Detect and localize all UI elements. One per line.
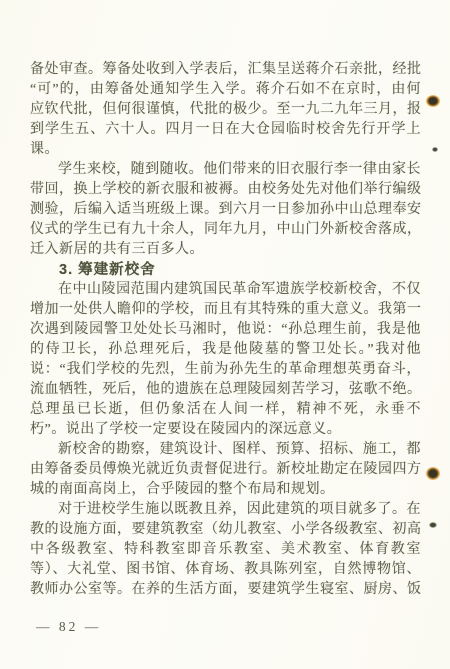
- paragraph: 对于进校学生施以既教且养，因此建筑的项目就多了。在教的设施方面，要建筑教室（幼儿…: [30, 500, 421, 600]
- document-body: 备处审查。筹备处收到入学表后，汇集呈送蒋介石亲批，经批“可”的，由筹备处通知学生…: [30, 60, 421, 600]
- text-line: 次遇到陵园警卫处处长马湘时，他说：“孙总理生前，我是他: [30, 320, 421, 340]
- text-line: 迁入新居的共有三百多人。: [30, 240, 421, 260]
- text-line: 备处审查。筹备处收到入学表后，汇集呈送蒋介石亲批，经批: [30, 60, 421, 80]
- text-line: 中各级教室、特科教室即音乐教室、美术教室、体育教室: [30, 540, 421, 560]
- text-line: 朽”。说出了学校一定要设在陵园内的深远意义。: [30, 420, 421, 440]
- page-number: — 82 —: [36, 619, 101, 635]
- text-line: 对于进校学生施以既教且养，因此建筑的项目就多了。在: [30, 500, 421, 520]
- text-line: 流血牺牲，死后，他的遗族在总理陵园刻苦学习，弦歌不绝。: [30, 380, 421, 400]
- ink-spot-small-bottom: [429, 522, 437, 528]
- text-line: 的侍卫长，孙总理死后，我是他陵墓的警卫处长。”我对他: [30, 340, 421, 360]
- text-line: 测验，后编入适当班级上课。到六月一日参加孙中山总理奉安: [30, 200, 421, 220]
- text-line: 增加一处供人瞻仰的学校，而且有其特殊的重大意义。我第一: [30, 300, 421, 320]
- text-line: 带回，换上学校的新衣服和被褥。由校务处先对他们举行编级: [30, 180, 421, 200]
- text-line: 课。: [30, 140, 421, 160]
- text-line: 教师办公室等。在养的生活方面，要建筑学生寝室、厨房、饭: [30, 580, 421, 600]
- text-line: 说：“我们学校的先烈，生前为孙先生的革命理想英勇奋斗，: [30, 360, 421, 380]
- paragraph: 备处审查。筹备处收到入学表后，汇集呈送蒋介石亲批，经批“可”的，由筹备处通知学生…: [30, 60, 421, 160]
- text-line: 总理虽已长逝，但仍象活在人间一样，精神不死，永垂不: [30, 400, 421, 420]
- text-line: 由筹备委员傅焕光就近负责督促进行。新校址勘定在陵园四方: [30, 460, 421, 480]
- text-line: 学生来校，随到随收。他们带来的旧衣服行李一律由家长: [30, 160, 421, 180]
- text-line: 到学生五、六十人。四月一日在大仓园临时校舍先行开学上: [30, 120, 421, 140]
- section-heading: 3. 筹建新校舍: [30, 260, 421, 280]
- paragraph: 在中山陵园范围内建筑国民革命军遗族学校新校舍，不仅增加一处供人瞻仰的学校，而且有…: [30, 280, 421, 440]
- text-line: 仪式的学生已有九十余人，同年九月，中山门外新校舍落成，: [30, 220, 421, 240]
- paragraph: 学生来校，随到随收。他们带来的旧衣服行李一律由家长带回，换上学校的新衣服和被褥。…: [30, 160, 421, 260]
- ink-spot-small-top: [432, 147, 438, 152]
- text-line: 新校舍的勘察，建筑设计、图样、预算、招标、施工，都: [30, 440, 421, 460]
- ink-spot-large-bottom: [426, 467, 440, 480]
- scanned-document-page: 备处审查。筹备处收到入学表后，汇集呈送蒋介石亲批，经批“可”的，由筹备处通知学生…: [0, 0, 450, 669]
- text-line: 城的南面高岗上，合乎陵园的整个布局和规划。: [30, 480, 421, 500]
- paragraph: 新校舍的勘察，建筑设计、图样、预算、招标、施工，都由筹备委员傅焕光就近负责督促进…: [30, 440, 421, 500]
- text-line: 等）、大礼堂、图书馆、体育场、教具陈列室，自然博物馆、: [30, 560, 421, 580]
- text-line: 在中山陵园范围内建筑国民革命军遗族学校新校舍，不仅: [30, 280, 421, 300]
- ink-spot-large-top: [426, 95, 440, 107]
- text-line: 应钦代批，但何很谨慎，代批的极少。至一九二九年三月，报: [30, 100, 421, 120]
- text-line: 教的设施方面，要建筑教室（幼儿教室、小学各级教室、初高: [30, 520, 421, 540]
- text-line: “可”的，由筹备处通知学生入学。蒋介石如不在京时，由何: [30, 80, 421, 100]
